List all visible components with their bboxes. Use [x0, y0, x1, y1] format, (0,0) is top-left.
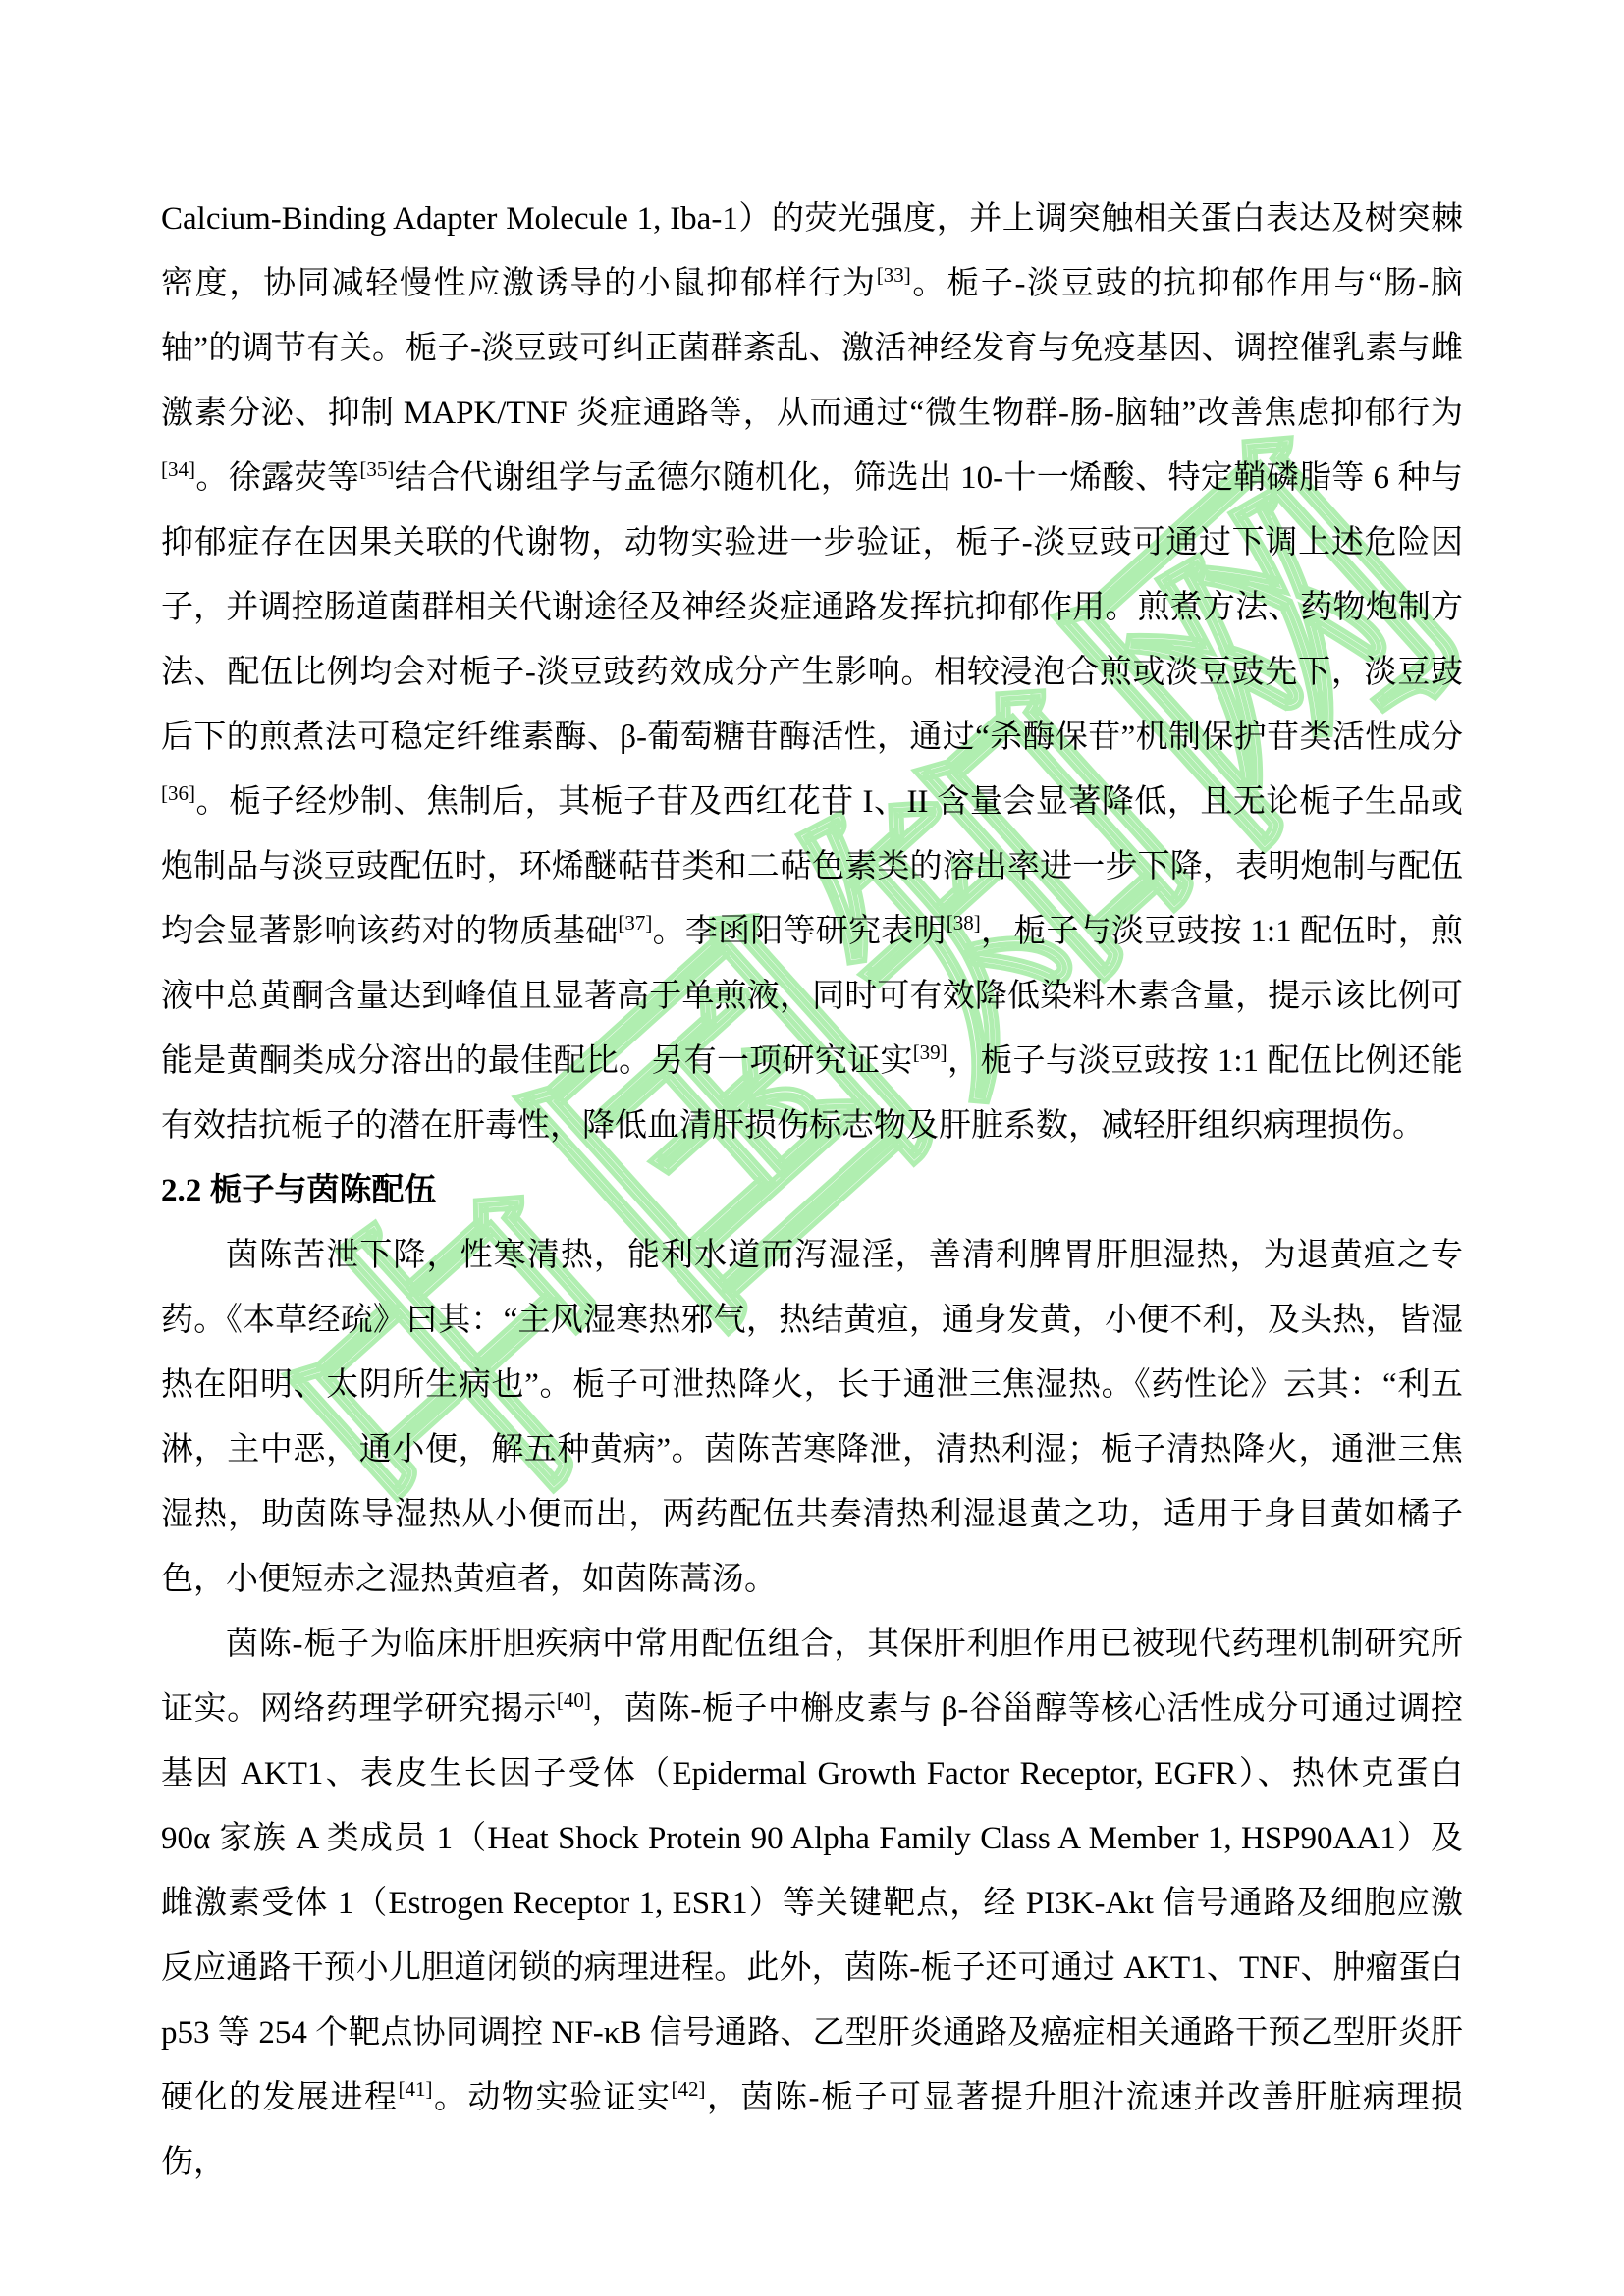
- citation-ref: [37]: [618, 911, 652, 934]
- citation-ref: [33]: [877, 263, 911, 287]
- text-run: 。徐露荧等: [195, 460, 359, 496]
- citation-ref: [41]: [399, 2077, 433, 2101]
- text-run: 。李函阳等研究表明: [652, 914, 946, 949]
- citation-ref: [38]: [947, 911, 981, 934]
- citation-ref: [42]: [672, 2077, 706, 2101]
- document-body-text: Calcium-Binding Adapter Molecule 1, Iba-…: [161, 187, 1463, 2195]
- text-run: 。动物实验证实: [433, 2080, 672, 2115]
- paragraph: 茵陈-栀子为临床肝胆疾病中常用配伍组合，其保肝利胆作用已被现代药理机制研究所证实…: [161, 1612, 1463, 2195]
- paragraph: 茵陈苦泄下降，性寒清热，能利水道而泻湿淫，善清利脾胃肝胆湿热，为退黄疸之专药。《…: [161, 1223, 1463, 1612]
- citation-ref: [36]: [161, 781, 195, 805]
- document-page: 中国知网 Calcium-Binding Adapter Molecule 1,…: [0, 0, 1624, 2296]
- citation-ref: [40]: [557, 1688, 591, 1712]
- citation-ref: [35]: [359, 457, 394, 481]
- citation-ref: [34]: [161, 457, 195, 481]
- text-run: 结合代谢组学与孟德尔随机化，筛选出 10-十一烯酸、特定鞘磷脂等 6 种与抑郁症…: [161, 460, 1463, 755]
- section-heading: 2.2 栀子与茵陈配伍: [161, 1158, 1463, 1223]
- citation-ref: [39]: [913, 1041, 947, 1064]
- text-run: 茵陈苦泄下降，性寒清热，能利水道而泻湿淫，善清利脾胃肝胆湿热，为退黄疸之专药。《…: [161, 1238, 1463, 1597]
- text-run: ，茵陈-栀子中槲皮素与 β-谷甾醇等核心活性成分可通过调控基因 AKT1、表皮生…: [161, 1691, 1463, 2115]
- paragraph: Calcium-Binding Adapter Molecule 1, Iba-…: [161, 187, 1463, 1158]
